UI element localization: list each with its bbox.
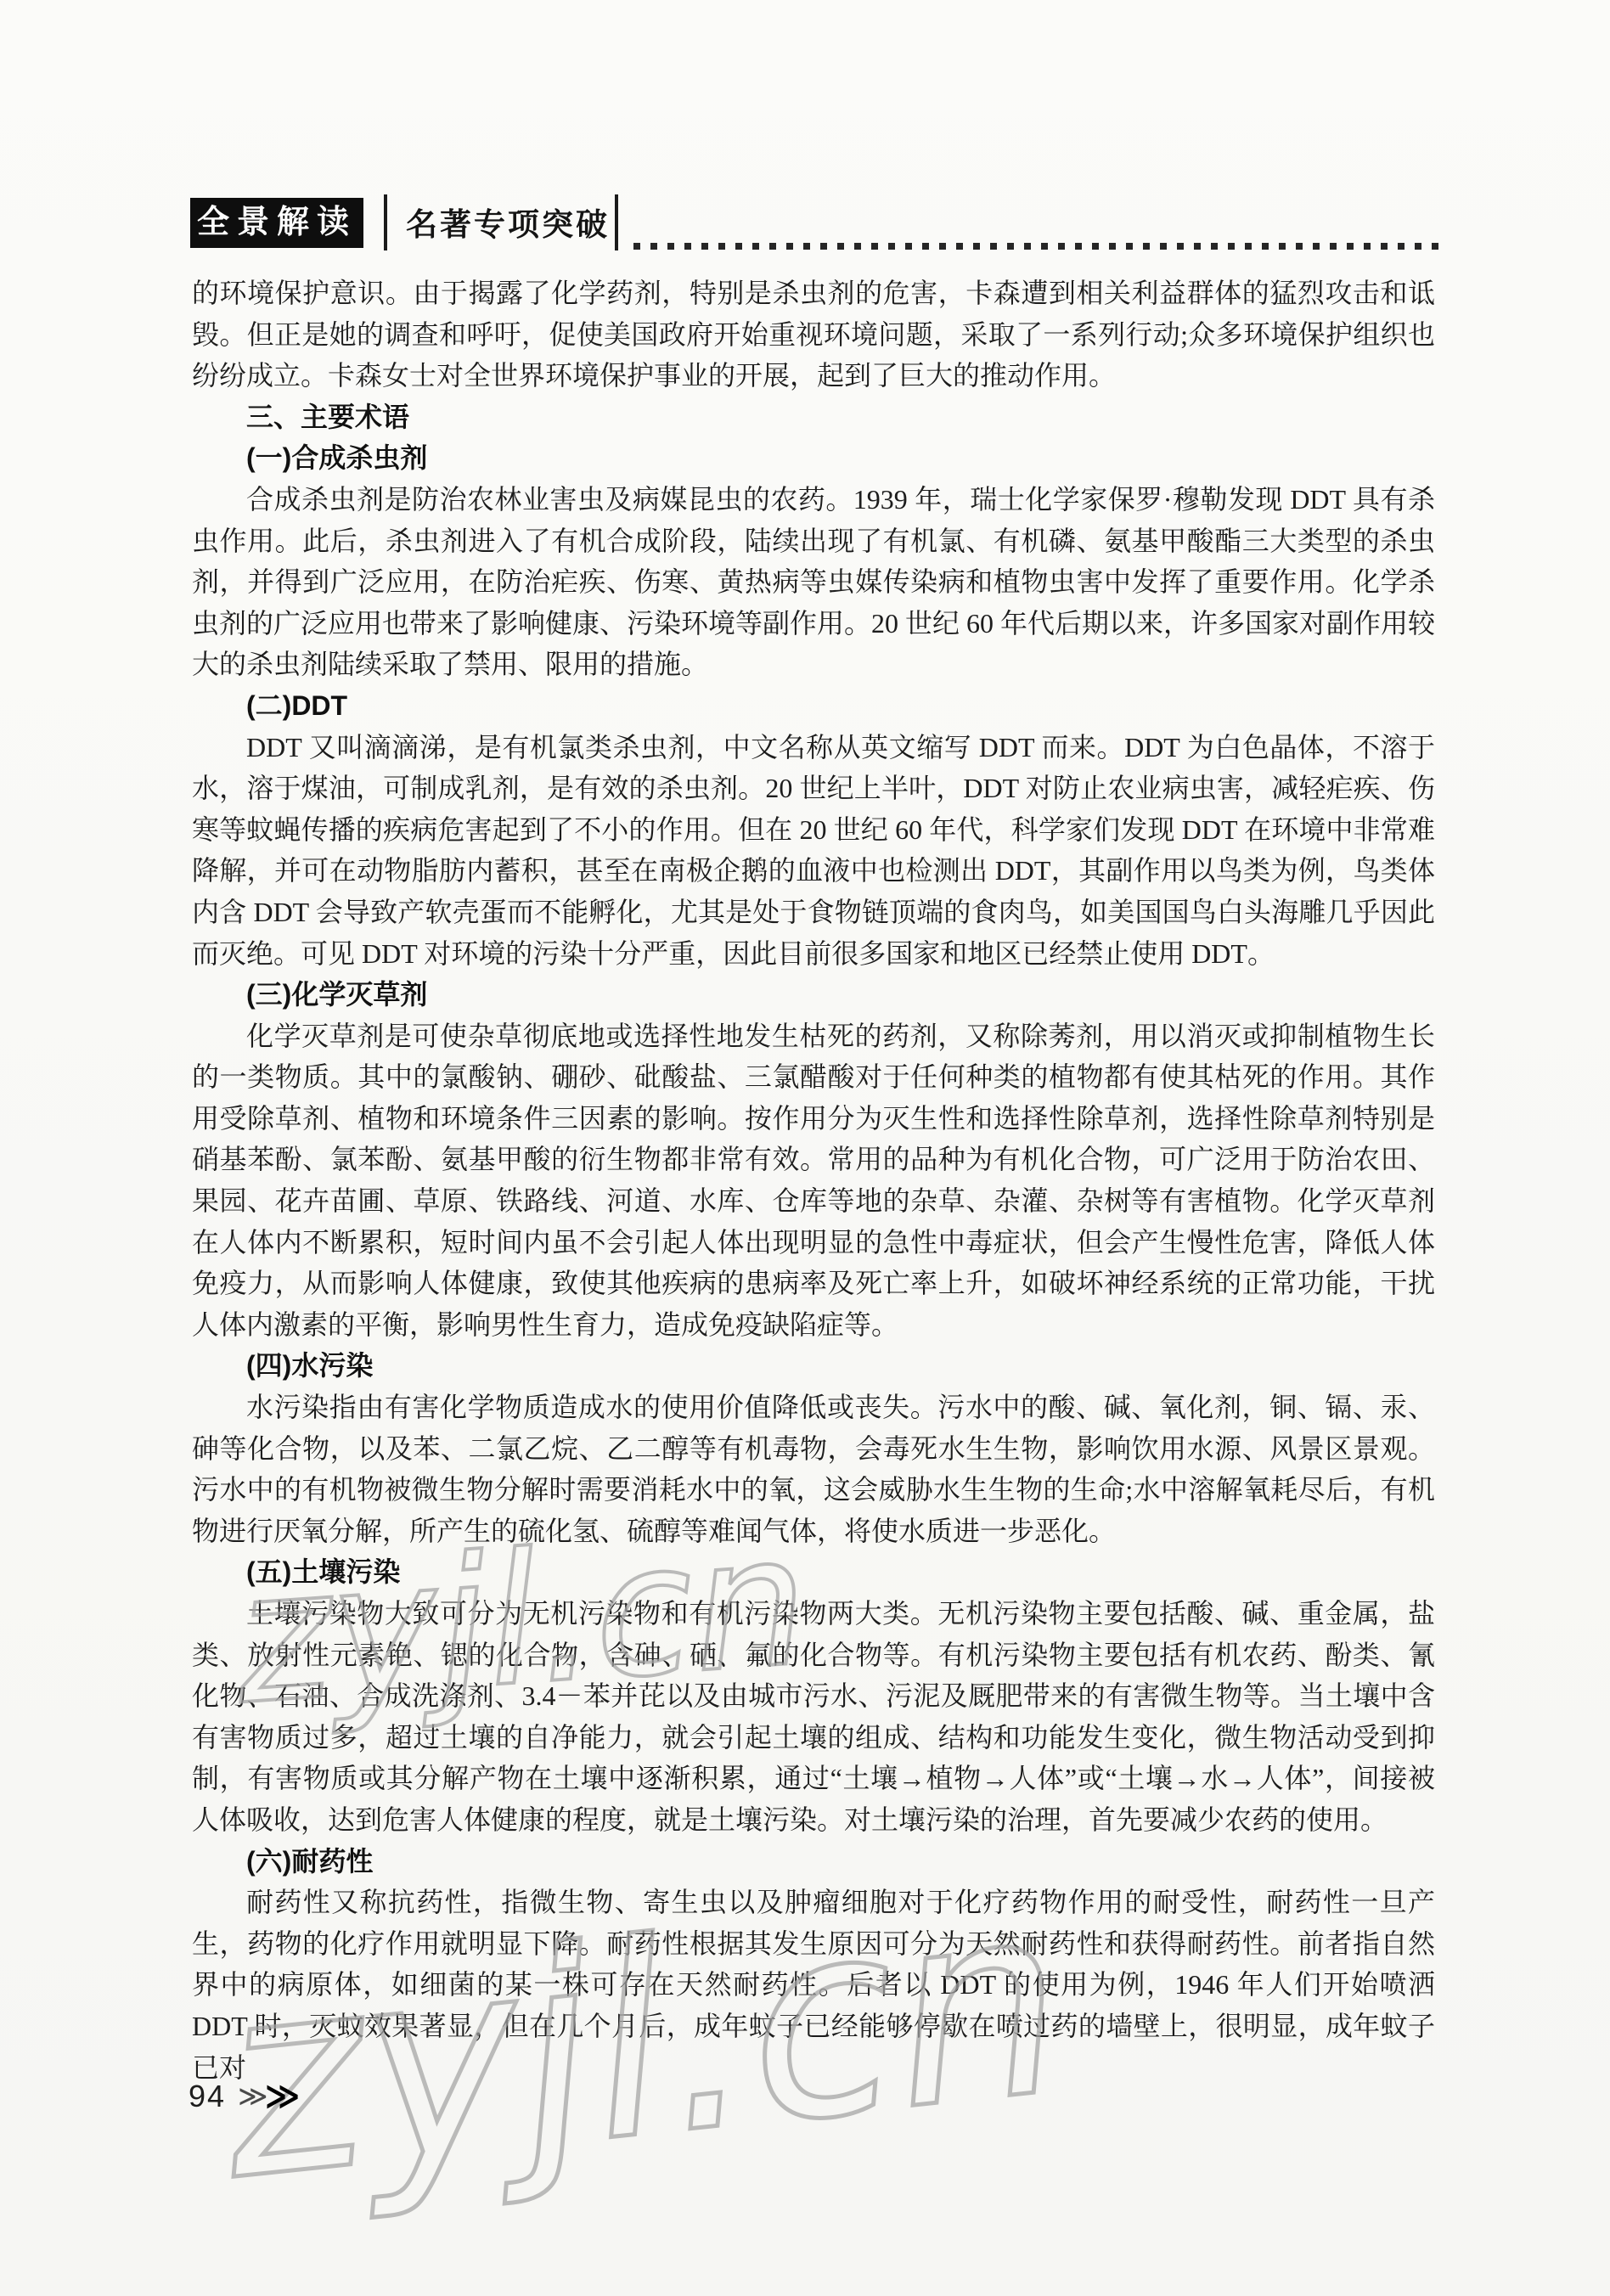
page-number: 94 <box>189 2079 226 2114</box>
chevron-icon: ≫ <box>265 2077 296 2116</box>
paragraph: DDT 又叫滴滴涕，是有机氯类杀虫剂，中文名称从英文缩写 DDT 而来。DDT … <box>192 727 1435 975</box>
page-footer: 94 ≫ ≫ <box>189 2075 296 2118</box>
header-section-title: 名著专项突破 <box>406 204 610 246</box>
term-heading-3: (三)化学灭草剂 <box>192 974 1435 1016</box>
term-heading-4: (四)水污染 <box>192 1345 1435 1387</box>
paragraph: 的环境保护意识。由于揭露了化学药剂，特别是杀虫剂的危害，卡森遭到相关利益群体的猛… <box>192 273 1435 397</box>
paragraph: 合成杀虫剂是防治农林业害虫及病媒昆虫的农药。1939 年，瑞士化学家保罗·穆勒发… <box>192 479 1435 685</box>
paragraph: 水污染指由有害化学物质造成水的使用价值降低或丧失。污水中的酸、碱、氧化剂，铜、镉… <box>192 1387 1435 1551</box>
paragraph: 耐药性又称抗药性，指微生物、寄生虫以及肿瘤细胞对于化疗药物作用的耐受性，耐药性一… <box>192 1882 1435 2088</box>
page-header: 全景解读 名著专项突破 <box>0 0 1610 263</box>
page-body-text: 的环境保护意识。由于揭露了化学药剂，特别是杀虫剂的危害，卡森遭到相关利益群体的猛… <box>192 273 1435 2088</box>
term-heading-2: (二)DDT <box>192 685 1435 727</box>
scanned-book-page: { "header": { "badge": "全景解读", "section_… <box>0 0 1610 2296</box>
section-heading: 三、主要术语 <box>192 397 1435 438</box>
header-badge: 全景解读 <box>190 198 363 248</box>
chevron-icon: ≫ <box>238 2079 263 2113</box>
term-heading-1: (一)合成杀虫剂 <box>192 437 1435 479</box>
paragraph: 土壤污染物大致可分为无机污染物和有机污染物两大类。无机污染物主要包括酸、碱、重金… <box>192 1593 1435 1841</box>
header-dotted-rule <box>633 243 1447 250</box>
term-heading-6: (六)耐药性 <box>192 1841 1435 1882</box>
header-divider-right <box>615 194 618 250</box>
term-heading-5: (五)土壤污染 <box>192 1551 1435 1593</box>
paragraph: 化学灭草剂是可使杂草彻底地或选择性地发生枯死的药剂，又称除莠剂，用以消灭或抑制植… <box>192 1016 1435 1346</box>
header-divider-left <box>384 194 387 250</box>
